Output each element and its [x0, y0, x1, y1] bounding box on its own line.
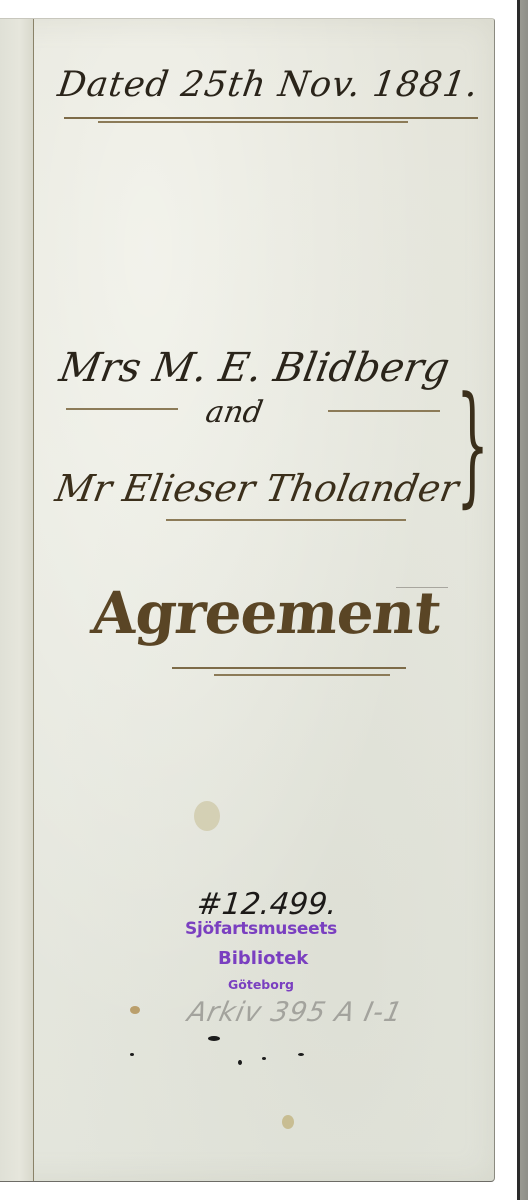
spine-fold: [0, 19, 34, 1181]
date-underline: [64, 117, 478, 119]
party-first: Mrs M. E. Blidberg: [56, 345, 453, 391]
brace-icon: }: [456, 379, 489, 509]
library-stamp-line1: Sjöfartsmuseets: [185, 919, 337, 939]
date-line: Dated 25th Nov. 1881.: [55, 65, 481, 105]
stain: [194, 801, 220, 831]
ink-speck: [262, 1057, 266, 1060]
date-underline-second: [98, 121, 408, 123]
ink-speck: [208, 1036, 220, 1041]
ink-speck: [238, 1060, 242, 1065]
title-underline-second: [214, 674, 390, 676]
catalog-number: #12.499.: [195, 887, 338, 922]
title-underline: [172, 667, 406, 669]
ink-speck: [130, 1053, 134, 1056]
parties-underline: [166, 519, 406, 521]
and-rule-left: [66, 408, 178, 410]
library-stamp-line2: Bibliotek: [218, 948, 308, 969]
library-stamp-line3: Göteborg: [228, 977, 294, 992]
and-rule-right: [328, 410, 440, 412]
stain: [130, 1006, 140, 1014]
stain: [282, 1115, 294, 1129]
scanner-edge-bar: [517, 0, 528, 1200]
document-title: Agreement: [88, 579, 443, 647]
ink-speck: [298, 1053, 304, 1056]
pencil-archive-note: Arkiv 395 A I-1: [185, 997, 406, 1028]
document-page: Dated 25th Nov. 1881. Mrs M. E. Blidberg…: [0, 18, 495, 1182]
party-conjunction: and: [203, 395, 266, 430]
party-second: Mr Elieser Tholander: [52, 467, 462, 510]
